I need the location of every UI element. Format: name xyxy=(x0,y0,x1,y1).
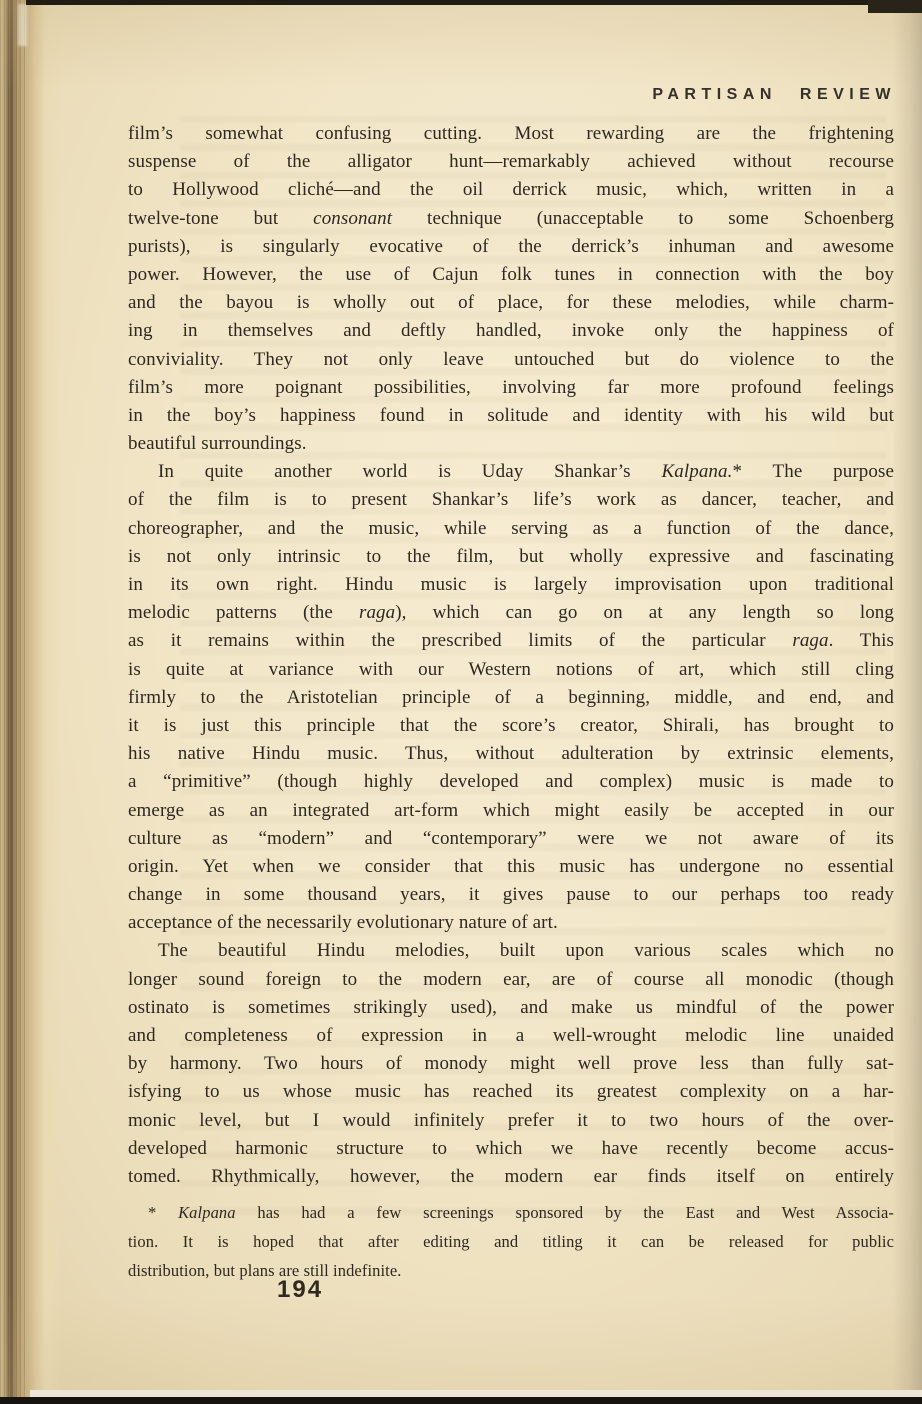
text-line: a “primitive” (though highly developed a… xyxy=(128,768,894,796)
text-line: it is just this principle that the score… xyxy=(128,712,894,740)
text-line: film’s more poignant possibilities, invo… xyxy=(128,374,894,402)
text-line: longer sound foreign to the modern ear, … xyxy=(128,966,894,994)
scan-edge-bottom-light xyxy=(30,1390,922,1397)
body-text: film’s somewhat confusing cutting. Most … xyxy=(128,120,894,1191)
text-line: and completeness of expression in a well… xyxy=(128,1022,894,1050)
paragraph: The beautiful Hindu melodies, built upon… xyxy=(128,937,894,1191)
text-line: twelve-tone but consonant technique (una… xyxy=(128,205,894,233)
text-line: by harmony. Two hours of monody might we… xyxy=(128,1050,894,1078)
text-line: isfying to us whose music has reached it… xyxy=(128,1078,894,1106)
scan-edge-top xyxy=(26,0,922,5)
text-line: purists), is singularly evocative of the… xyxy=(128,233,894,261)
text-line: film’s somewhat confusing cutting. Most … xyxy=(128,120,894,148)
text-line: and the bayou is wholly out of place, fo… xyxy=(128,289,894,317)
text-line: as it remains within the prescribed limi… xyxy=(128,627,894,655)
text-line: suspense of the alligator hunt—remarkabl… xyxy=(128,148,894,176)
text-line: in the boy’s happiness found in solitude… xyxy=(128,402,894,430)
text-line: beautiful surroundings. xyxy=(128,430,894,458)
text-line: culture as “modern” and “contemporary” w… xyxy=(128,825,894,853)
page-number: 194 xyxy=(277,1276,323,1304)
text-line: his native Hindu music. Thus, without ad… xyxy=(128,740,894,768)
scan-top-tint xyxy=(0,0,922,90)
text-line: ing in themselves and deftly handled, in… xyxy=(128,317,894,345)
text-line: In quite another world is Uday Shankar’s… xyxy=(128,458,894,486)
scan-bottom-tint xyxy=(0,1294,922,1404)
text-line: is not only intrinsic to the film, but w… xyxy=(128,543,894,571)
page-curve-shadow xyxy=(892,0,922,1404)
text-line: melodic patterns (the raga), which can g… xyxy=(128,599,894,627)
text-column: film’s somewhat confusing cutting. Most … xyxy=(128,120,894,1285)
text-line: tion. It is hoped that after editing and… xyxy=(128,1227,894,1256)
text-line: of the film is to present Shankar’s life… xyxy=(128,486,894,514)
scan-edge-top-right xyxy=(868,0,922,13)
text-line: developed harmonic structure to which we… xyxy=(128,1135,894,1163)
paragraph: In quite another world is Uday Shankar’s… xyxy=(128,458,894,937)
text-line: is quite at variance with our Western no… xyxy=(128,656,894,684)
text-line: firmly to the Aristotelian principle of … xyxy=(128,684,894,712)
text-line: monic level, but I would infinitely pref… xyxy=(128,1107,894,1135)
text-line: conviviality. They not only leave untouc… xyxy=(128,346,894,374)
text-line: distribution, but plans are still indefi… xyxy=(128,1256,894,1285)
scanned-book-page: PARTISAN REVIEW film’s somewhat confusin… xyxy=(0,0,922,1404)
footnote: * Kalpana has had a few screenings spons… xyxy=(128,1198,894,1285)
text-line: in its own right. Hindu music is largely… xyxy=(128,571,894,599)
text-line: to Hollywood cliché—and the oil derrick … xyxy=(128,176,894,204)
book-page-edges xyxy=(0,0,62,1404)
text-line: emerge as an integrated art-form which m… xyxy=(128,797,894,825)
text-line: * Kalpana has had a few screenings spons… xyxy=(128,1198,894,1227)
text-line: acceptance of the necessarily evolutiona… xyxy=(128,909,894,937)
text-line: ostinato is sometimes strikingly used), … xyxy=(128,994,894,1022)
paragraph: film’s somewhat confusing cutting. Most … xyxy=(128,120,894,458)
text-line: origin. Yet when we consider that this m… xyxy=(128,853,894,881)
text-line: change in some thousand years, it gives … xyxy=(128,881,894,909)
running-head: PARTISAN REVIEW xyxy=(652,86,896,104)
scan-edge-bottom xyxy=(0,1397,922,1404)
text-line: tomed. Rhythmically, however, the modern… xyxy=(128,1163,894,1191)
text-line: The beautiful Hindu melodies, built upon… xyxy=(128,937,894,965)
text-line: choreographer, and the music, while serv… xyxy=(128,515,894,543)
text-line: power. However, the use of Cajun folk tu… xyxy=(128,261,894,289)
